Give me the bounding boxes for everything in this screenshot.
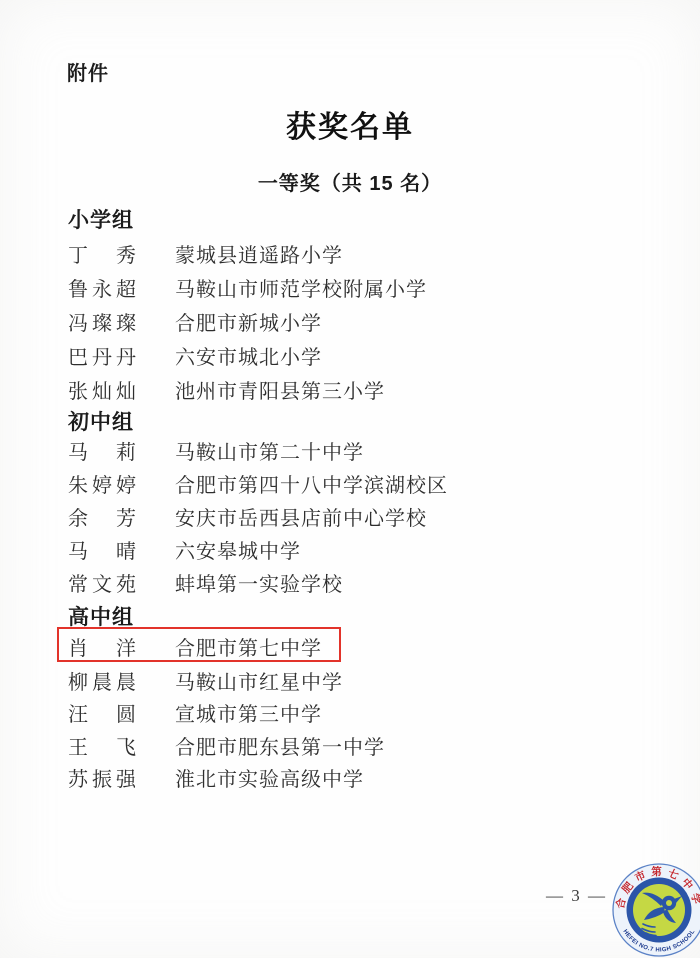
winner-school: 六安皋城中学 — [175, 535, 301, 564]
group-label-junior: 初中组 — [68, 406, 134, 436]
winner-school: 蚌埠第一实验学校 — [175, 568, 343, 597]
award-row: 苏振强淮北市实验高级中学 — [68, 763, 588, 792]
award-row: 马 晴六安皋城中学 — [68, 535, 588, 564]
award-row-highlighted: 肖 洋合肥市第七中学 — [68, 632, 588, 661]
winner-school: 安庆市岳西县店前中心学校 — [175, 502, 427, 531]
winner-name: 丁 秀 — [68, 239, 136, 268]
winner-school: 池州市青阳县第三小学 — [175, 375, 385, 404]
award-row: 鲁永超马鞍山市师范学校附属小学 — [68, 273, 588, 302]
winner-name: 马 莉 — [68, 436, 136, 465]
winner-school: 合肥市新城小学 — [175, 307, 322, 336]
award-row: 汪 圆宣城市第三中学 — [68, 698, 588, 727]
award-row: 张灿灿池州市青阳县第三小学 — [68, 375, 588, 404]
award-row: 丁 秀蒙城县逍遥路小学 — [68, 239, 588, 268]
award-row: 王 飞合肥市肥东县第一中学 — [68, 731, 588, 760]
winner-name: 王 飞 — [68, 731, 136, 760]
award-row: 马 莉马鞍山市第二十中学 — [68, 436, 588, 465]
group-label-primary: 小学组 — [68, 204, 134, 234]
winner-school: 蒙城县逍遥路小学 — [175, 239, 343, 268]
winner-school: 合肥市第四十八中学滨湖校区 — [175, 469, 448, 498]
winner-name: 鲁永超 — [68, 273, 136, 302]
page-number: — 3 — — [546, 886, 607, 906]
scanned-document-page: 附件 获奖名单 一等奖（共 15 名） 小学组 丁 秀蒙城县逍遥路小学 鲁永超马… — [0, 0, 700, 958]
winner-name: 汪 圆 — [68, 698, 136, 727]
winner-school: 马鞍山市师范学校附属小学 — [175, 273, 427, 302]
award-row: 柳晨晨马鞍山市红星中学 — [68, 666, 588, 695]
winner-school: 马鞍山市红星中学 — [175, 666, 343, 695]
prize-subtitle: 一等奖（共 15 名） — [0, 167, 700, 196]
winner-name: 肖 洋 — [68, 632, 136, 661]
winner-school: 宣城市第三中学 — [175, 698, 322, 727]
winner-name: 常文苑 — [68, 568, 136, 597]
winner-name: 马 晴 — [68, 535, 136, 564]
winner-name: 张灿灿 — [68, 375, 136, 404]
winner-name: 柳晨晨 — [68, 666, 136, 695]
award-row: 余 芳安庆市岳西县店前中心学校 — [68, 502, 588, 531]
award-row: 常文苑蚌埠第一实验学校 — [68, 568, 588, 597]
winner-name: 苏振强 — [68, 763, 136, 792]
award-row: 巴丹丹六安市城北小学 — [68, 341, 588, 370]
winner-name: 朱婷婷 — [68, 469, 136, 498]
award-row: 朱婷婷合肥市第四十八中学滨湖校区 — [68, 469, 588, 498]
winner-school: 合肥市第七中学 — [175, 632, 322, 661]
winner-school: 马鞍山市第二十中学 — [175, 436, 364, 465]
winner-school: 合肥市肥东县第一中学 — [175, 731, 385, 760]
winner-name: 余 芳 — [68, 502, 136, 531]
award-row: 冯璨璨合肥市新城小学 — [68, 307, 588, 336]
page-title: 获奖名单 — [0, 102, 700, 146]
winner-name: 冯璨璨 — [68, 307, 136, 336]
winner-name: 巴丹丹 — [68, 341, 136, 370]
winner-school: 六安市城北小学 — [175, 341, 322, 370]
school-seal-icon: 合肥市第七中学 HEFEI NO.7 HIGH SCHOOL — [612, 863, 700, 957]
attachment-label: 附件 — [67, 57, 109, 86]
winner-school: 淮北市实验高级中学 — [175, 763, 364, 792]
